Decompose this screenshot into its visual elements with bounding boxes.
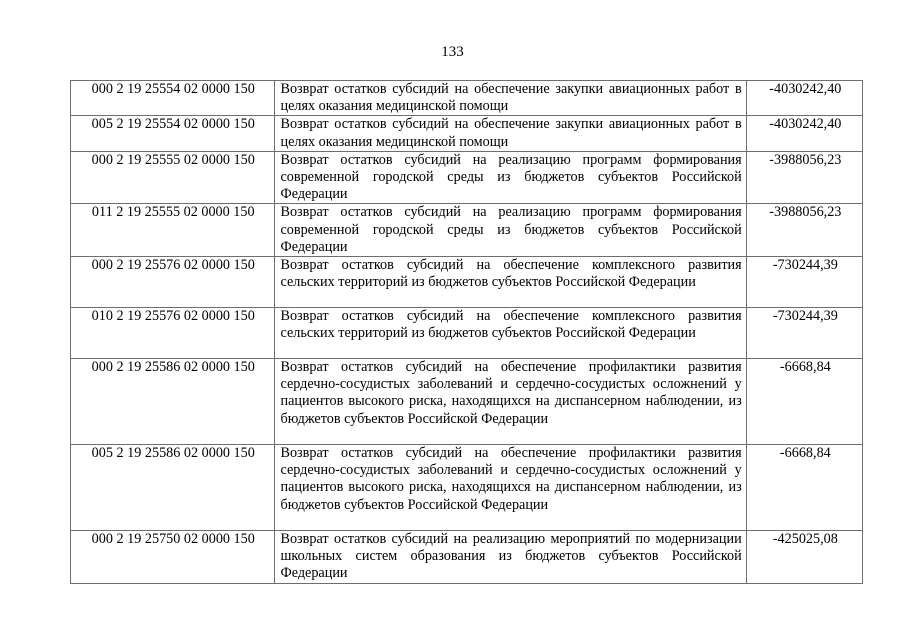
table-row: 000 2 19 25576 02 0000 150 Возврат остат… bbox=[71, 257, 863, 308]
budget-code-cell: 000 2 19 25576 02 0000 150 bbox=[71, 257, 275, 308]
amount-cell: -730244,39 bbox=[746, 257, 862, 308]
budget-code-cell: 000 2 19 25554 02 0000 150 bbox=[71, 81, 275, 116]
budget-table-body: 000 2 19 25554 02 0000 150 Возврат остат… bbox=[71, 81, 863, 584]
amount-cell: -4030242,40 bbox=[746, 116, 862, 151]
budget-code-cell: 000 2 19 25555 02 0000 150 bbox=[71, 151, 275, 204]
amount-cell: -6668,84 bbox=[746, 359, 862, 445]
description-cell: Возврат остатков субсидий на обеспечение… bbox=[274, 308, 746, 359]
budget-code-cell: 000 2 19 25750 02 0000 150 bbox=[71, 531, 275, 584]
amount-cell: -425025,08 bbox=[746, 531, 862, 584]
budget-code-cell: 010 2 19 25576 02 0000 150 bbox=[71, 308, 275, 359]
table-row: 011 2 19 25555 02 0000 150 Возврат остат… bbox=[71, 204, 863, 257]
description-cell: Возврат остатков субсидий на реализацию … bbox=[274, 204, 746, 257]
description-cell: Возврат остатков субсидий на реализацию … bbox=[274, 531, 746, 584]
page-number: 133 bbox=[0, 44, 905, 61]
budget-table: 000 2 19 25554 02 0000 150 Возврат остат… bbox=[70, 80, 863, 584]
amount-cell: -3988056,23 bbox=[746, 151, 862, 204]
table-row: 000 2 19 25555 02 0000 150 Возврат остат… bbox=[71, 151, 863, 204]
description-cell: Возврат остатков субсидий на реализацию … bbox=[274, 151, 746, 204]
description-cell: Возврат остатков субсидий на обеспечение… bbox=[274, 359, 746, 445]
budget-code-cell: 005 2 19 25586 02 0000 150 bbox=[71, 445, 275, 531]
amount-cell: -4030242,40 bbox=[746, 81, 862, 116]
table-row: 000 2 19 25750 02 0000 150 Возврат остат… bbox=[71, 531, 863, 584]
table-row: 005 2 19 25554 02 0000 150 Возврат остат… bbox=[71, 116, 863, 151]
description-cell: Возврат остатков субсидий на обеспечение… bbox=[274, 116, 746, 151]
description-cell: Возврат остатков субсидий на обеспечение… bbox=[274, 81, 746, 116]
table-row: 000 2 19 25586 02 0000 150 Возврат остат… bbox=[71, 359, 863, 445]
amount-cell: -6668,84 bbox=[746, 445, 862, 531]
budget-code-cell: 005 2 19 25554 02 0000 150 bbox=[71, 116, 275, 151]
description-cell: Возврат остатков субсидий на обеспечение… bbox=[274, 445, 746, 531]
description-cell: Возврат остатков субсидий на обеспечение… bbox=[274, 257, 746, 308]
amount-cell: -3988056,23 bbox=[746, 204, 862, 257]
budget-code-cell: 000 2 19 25586 02 0000 150 bbox=[71, 359, 275, 445]
table-row: 000 2 19 25554 02 0000 150 Возврат остат… bbox=[71, 81, 863, 116]
amount-cell: -730244,39 bbox=[746, 308, 862, 359]
table-row: 005 2 19 25586 02 0000 150 Возврат остат… bbox=[71, 445, 863, 531]
table-row: 010 2 19 25576 02 0000 150 Возврат остат… bbox=[71, 308, 863, 359]
budget-code-cell: 011 2 19 25555 02 0000 150 bbox=[71, 204, 275, 257]
